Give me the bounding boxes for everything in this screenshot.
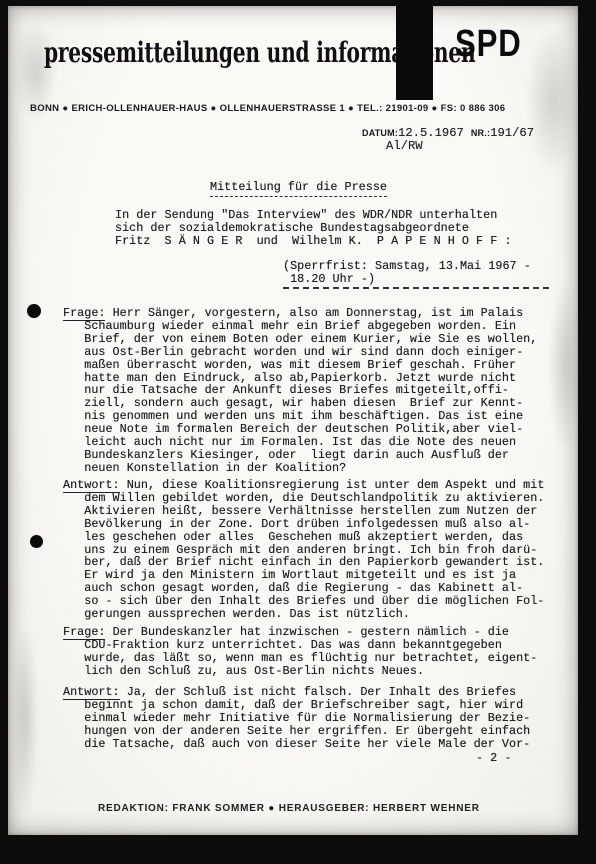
answer-1: Antwort: Nun, diese Koalitionsregierung … [63, 479, 544, 621]
embargo-line-1: (Sperrfrist: Samstag, 13.Mai 1967 - [283, 260, 531, 273]
scan-noise [8, 6, 63, 136]
scan-noise [543, 256, 588, 476]
hole-punch-top [27, 304, 41, 318]
address-line: BONN ● ERICH-OLLENHAUER-HAUS ● OLLENHAUE… [30, 103, 570, 114]
scan-noise [8, 596, 42, 836]
datum-value: 12.5.1967 [398, 126, 464, 140]
meta-block: DATUM: 12.5.1967 NR.: 191/67 Al/RW [362, 126, 572, 153]
ref-code: Al/RW [386, 139, 572, 153]
page-number: - 2 - [476, 752, 511, 765]
document-page: pressemitteilungen und informationen SPD… [8, 6, 578, 835]
question-2: Frage: Der Bundeskanzler hat inzwischen … [63, 626, 537, 678]
question-text: Der Bundeskanzler hat inzwischen - geste… [63, 625, 537, 678]
nr-value: 191/67 [490, 126, 534, 140]
spd-logo: SPD [455, 23, 522, 66]
logo-bar [396, 0, 433, 100]
document-title: Mitteilung für die Presse [210, 181, 387, 197]
embargo-line-2: 18.20 Uhr -) [283, 273, 549, 289]
intro-paragraph: In der Sendung "Das Interview" des WDR/N… [115, 209, 511, 248]
scan-noise [518, 6, 588, 196]
datum-label: DATUM: [362, 128, 398, 138]
question-text: Herr Sänger, vorgestern, also am Donners… [63, 306, 537, 475]
hole-punch-bottom [30, 535, 43, 548]
footer-line: REDAKTION: FRANK SOMMER ● HERAUSGEBER: H… [98, 803, 480, 814]
question-1: Frage: Herr Sänger, vorgestern, also am … [63, 307, 537, 475]
answer-2: Antwort: Ja, der Schluß ist nicht falsch… [63, 686, 530, 751]
nr-label: NR.: [471, 128, 490, 138]
answer-text: Nun, diese Koalitionsregierung ist unter… [63, 478, 544, 621]
scanned-press-release: { "masthead": { "title": "pressemitteilu… [0, 0, 596, 864]
answer-text: Ja, der Schluß ist nicht falsch. Der Inh… [63, 685, 530, 751]
